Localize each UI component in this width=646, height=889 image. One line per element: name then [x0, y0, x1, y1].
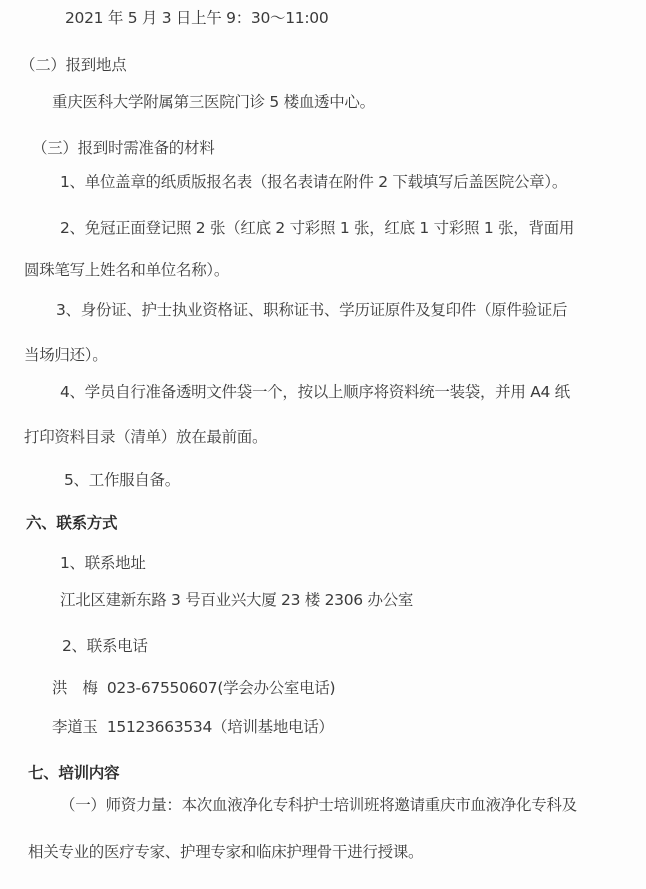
material-item-4-cont: 打印资料目录（清单）放在最前面。	[24, 427, 267, 447]
contact-heading: 六、联系方式	[26, 513, 117, 533]
registration-location: 重庆医科大学附属第三医院门诊 5 楼血透中心。	[52, 92, 375, 112]
registration-time: 2021 年 5 月 3 日上午 9：30～11:00	[65, 8, 328, 28]
faculty-text: （一）师资力量：本次血液净化专科护士培训班将邀请重庆市血液净化专科及	[60, 795, 577, 815]
section-2-heading: （二）报到地点	[20, 55, 126, 75]
address-label: 1、联系地址	[60, 553, 146, 573]
section-3-heading: （三）报到时需准备的材料	[32, 138, 214, 158]
material-item-2: 2、免冠正面登记照 2 张（红底 2 寸彩照 1 张，红底 1 寸彩照 1 张，…	[60, 218, 574, 238]
phone-label: 2、联系电话	[62, 636, 148, 656]
address-text: 江北区建新东路 3 号百业兴大厦 23 楼 2306 办公室	[60, 590, 413, 610]
material-item-3: 3、身份证、护士执业资格证、职称证书、学历证原件及复印件（原件验证后	[56, 300, 567, 320]
material-item-3-cont: 当场归还）。	[24, 345, 107, 365]
faculty-text-cont: 相关专业的医疗专家、护理专家和临床护理骨干进行授课。	[28, 842, 423, 862]
training-heading: 七、培训内容	[28, 763, 119, 783]
material-item-1: 1、单位盖章的纸质版报名表（报名表请在附件 2 下载填写后盖医院公章）。	[60, 172, 567, 192]
material-item-2-cont: 圆珠笔写上姓名和单位名称）。	[24, 260, 229, 280]
material-item-4: 4、学员自行准备透明文件袋一个，按以上顺序将资料统一装袋，并用 A4 纸	[60, 382, 570, 402]
phone-contact-1: 洪 梅 023-67550607(学会办公室电话)	[52, 678, 335, 698]
material-item-5: 5、工作服自备。	[64, 470, 180, 490]
phone-contact-2: 李道玉 15123663534（培训基地电话）	[52, 717, 334, 737]
